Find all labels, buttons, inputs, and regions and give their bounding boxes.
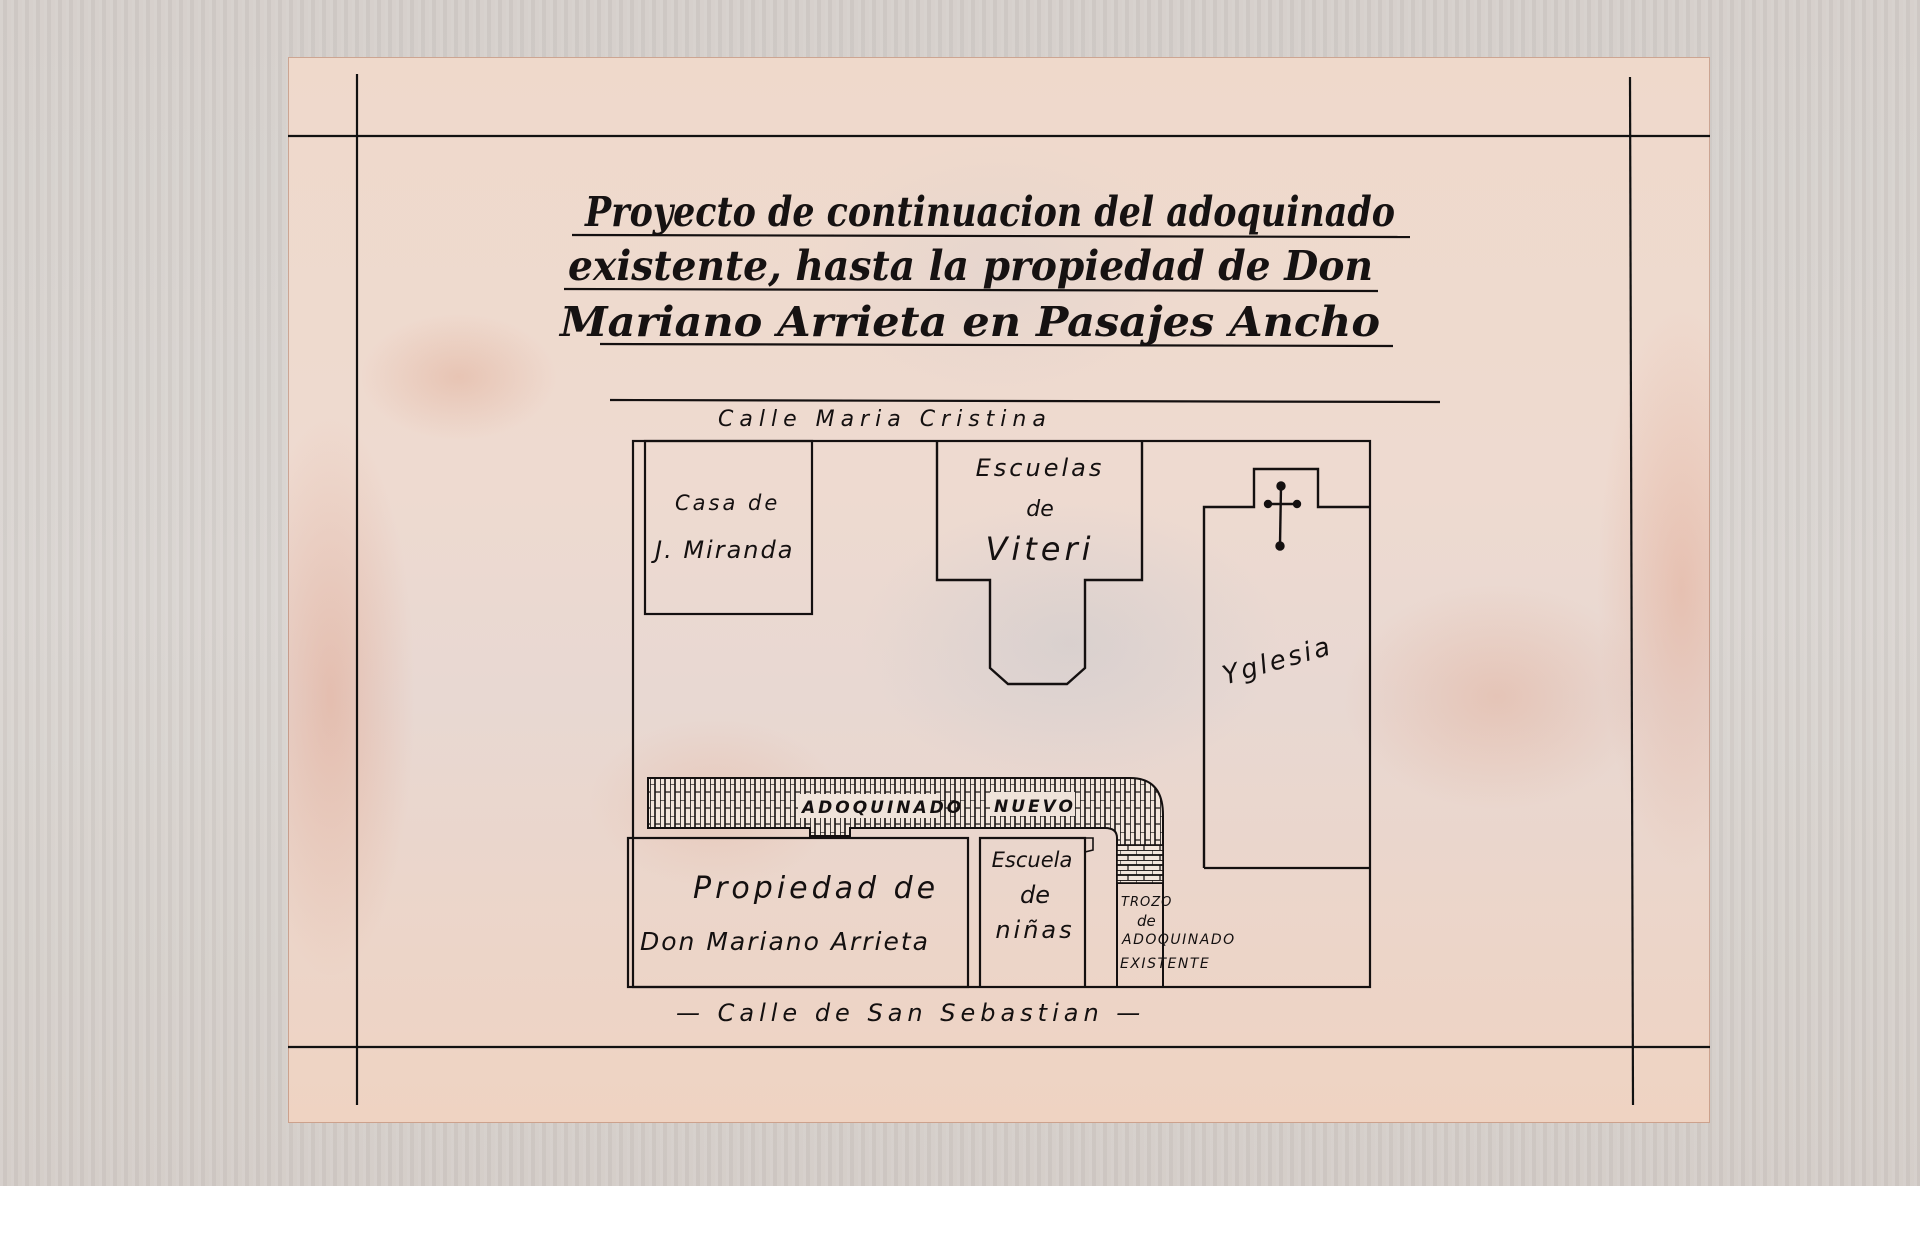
title-line-3: Mariano Arrieta en Pasajes Ancho [558, 298, 1380, 346]
new-paving-label-1: ADOQUINADO [800, 798, 964, 818]
iglesia-label: Yglesia [1219, 631, 1336, 691]
building-iglesia: Yglesia [1204, 469, 1370, 868]
building-casa-miranda: Casa de J. Miranda [645, 441, 812, 614]
building-escuelas-viteri: Escuelas de Viteri [937, 441, 1142, 684]
cross-icon [1265, 483, 1300, 550]
existing-label-2: de [1137, 912, 1156, 930]
viteri-label-1: Escuelas [976, 454, 1105, 482]
ninas-label-2: de [1020, 881, 1050, 909]
existing-label-4: EXISTENTE [1120, 956, 1210, 972]
viteri-label-2: de [1026, 497, 1054, 522]
street-line-north [610, 400, 1440, 402]
title-block: Proyecto de continuacion del adoquinado … [558, 188, 1410, 346]
new-paving-label-2: NUEVO [994, 797, 1076, 817]
arrieta-label-2: Don Mariano Arrieta [640, 927, 930, 956]
miranda-label-1: Casa de [675, 491, 780, 515]
site-plan-drawing: Proyecto de continuacion del adoquinado … [0, 0, 1920, 1233]
ninas-label-3: niñas [995, 916, 1074, 944]
property-arrieta: Propiedad de Don Mariano Arrieta [628, 838, 968, 987]
existing-label-3: ADOQUINADO [1121, 932, 1236, 948]
existing-paving-strip: TROZO de ADOQUINADO EXISTENTE [1117, 883, 1236, 987]
miranda-label-2: J. Miranda [651, 536, 794, 564]
title-line-2: existente, hasta la propiedad de Don [568, 242, 1373, 290]
building-escuela-ninas: Escuela de niñas [980, 838, 1093, 987]
existing-label-1: TROZO [1121, 895, 1172, 910]
ninas-label-1: Escuela [992, 848, 1073, 872]
title-line-1: Proyecto de continuacion del adoquinado [584, 188, 1395, 236]
arrieta-label-1: Propiedad de [693, 871, 939, 906]
street-label-south: — Calle de San Sebastian — [676, 999, 1145, 1027]
viteri-label-3: Viteri [985, 530, 1094, 568]
street-label-north: Calle Maria Cristina [718, 407, 1052, 432]
